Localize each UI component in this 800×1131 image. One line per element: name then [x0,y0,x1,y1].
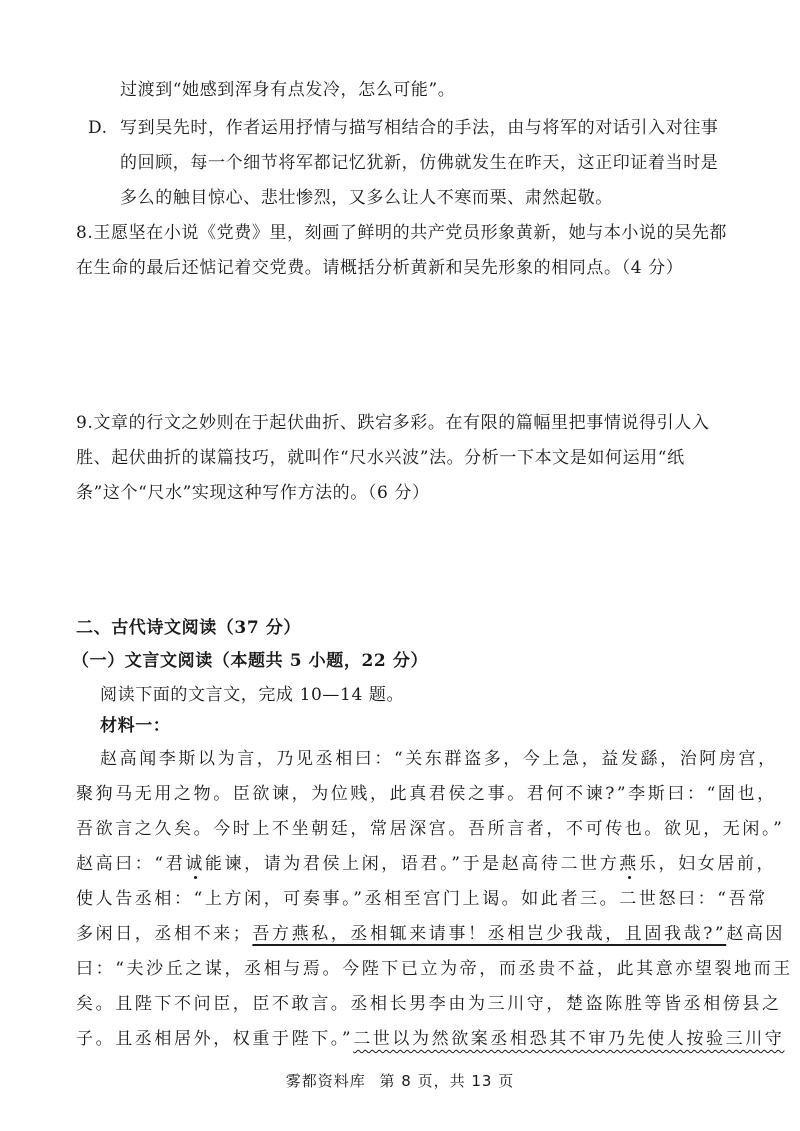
question-8-line-2: 在生命的最后还惦记着交党费。请概括分析黄新和吴先形象的相同点。（4 分） [76,257,683,279]
option-d-label: D. [88,117,108,139]
passage-text: 赵高曰：“君 [76,854,185,874]
section-title: 二、古代诗文阅读（37 分） [76,617,301,639]
passage-text: 多闲日，丞相不来； [76,924,252,944]
underlined-sentence: 吾方燕私，丞相辄来请事！丞相岂少我哉，且固我哉?” [252,924,726,944]
passage-line-6: 多闲日，丞相不来；吾方燕私，丞相辄来请事！丞相岂少我哉，且固我哉?”赵高因 [76,923,785,945]
question-9-line-3: 条”这个“尺水”实现这种写作方法的。（6 分） [76,482,430,504]
passage-line-7: 曰：“夫沙丘之谋，丞相与焉。今陛下已立为帝，而丞贵不益，此其意亦望裂地而王 [76,958,793,980]
footer-source: 雾都资料库 [286,1072,366,1090]
reading-instruction: 阅读下面的文言文，完成 10—14 题。 [100,684,404,706]
question-8-line-1: 8.王愿坚在小说《党费》里，刻画了鲜明的共产党员形象黄新，她与本小说的吴先都 [76,222,727,244]
passage-text: 乐，妇女居前， [639,854,776,874]
passage-line-8: 矣。且陛下不问臣，臣不敢言。丞相长男李由为三川守，楚盗陈胜等皆丞相傍县之 [76,993,782,1015]
passage-text: 能谏，请为君侯上闲，语君。”于是赵高待二世方 [205,854,619,874]
passage-line-4: 赵高曰：“君诚能谏，请为君侯上闲，语君。”于是赵高待二世方燕乐，妇女居前， [76,853,776,875]
emphasis-dot-char: 燕 [619,854,639,874]
subsection-title: （一）文言文阅读（本题共 5 小题，22 分） [72,650,428,672]
passage-line-2: 聚狗马无用之物。臣欲谏，为位贱，此真君侯之事。君何不谏?”李斯曰：“固也， [76,783,777,805]
option-d-line-1: 写到吴先时，作者运用抒情与描写相结合的手法，由与将军的对话引入对往事 [120,117,718,139]
passage-text: 子。且丞相居外，权重于陛下。” [76,1029,353,1049]
question-9-line-1: 9.文章的行文之妙则在于起伏曲折、跌宕多彩。在有限的篇幅里把事情说得引人入 [76,412,709,434]
option-d-line-3: 多么的触目惊心、悲壮惨烈，又多么让人不寒而栗、肃然起敬。 [120,187,613,209]
passage-line-1: 赵高闻李斯以为言，乃见丞相曰：“关东群盗多，今上急，益发繇，治阿房宫， [100,748,778,770]
option-d-line-2: 的回顾，每一个细节将军都记忆犹新，仿佛就发生在昨天，这正印证着当时是 [120,152,718,174]
passage-line-3: 吾欲言之久矣。今时上不坐朝廷，常居深宫。吾所言者，不可传也。欲见，无闲。” [76,818,784,840]
emphasis-dot-char: 诚 [185,854,205,874]
wavy-underlined-sentence: 二世以为然欲案丞相恐其不审乃先使人按验三川守 [353,1029,784,1049]
passage-line-5: 使人告丞相：“上方闲，可奏事。”丞相至宫门上谒。如此者三。二世怒曰：“吾常 [76,888,768,910]
passage-text: 赵高因 [726,924,785,944]
passage-line-9: 子。且丞相居外，权重于陛下。”二世以为然欲案丞相恐其不审乃先使人按验三川守 [76,1028,784,1050]
option-c-continuation: 过渡到“她感到浑身有点发冷，怎么可能”。 [120,79,455,101]
page-footer: 雾都资料库 第 8 页，共 13 页 [0,1070,800,1091]
question-9-line-2: 胜、起伏曲折的谋篇技巧，就叫作“尺水兴波”法。分析一下本文是如何运用“纸 [76,447,685,469]
material-label: 材料一： [100,715,170,737]
footer-page-number: 第 8 页，共 13 页 [380,1072,515,1090]
